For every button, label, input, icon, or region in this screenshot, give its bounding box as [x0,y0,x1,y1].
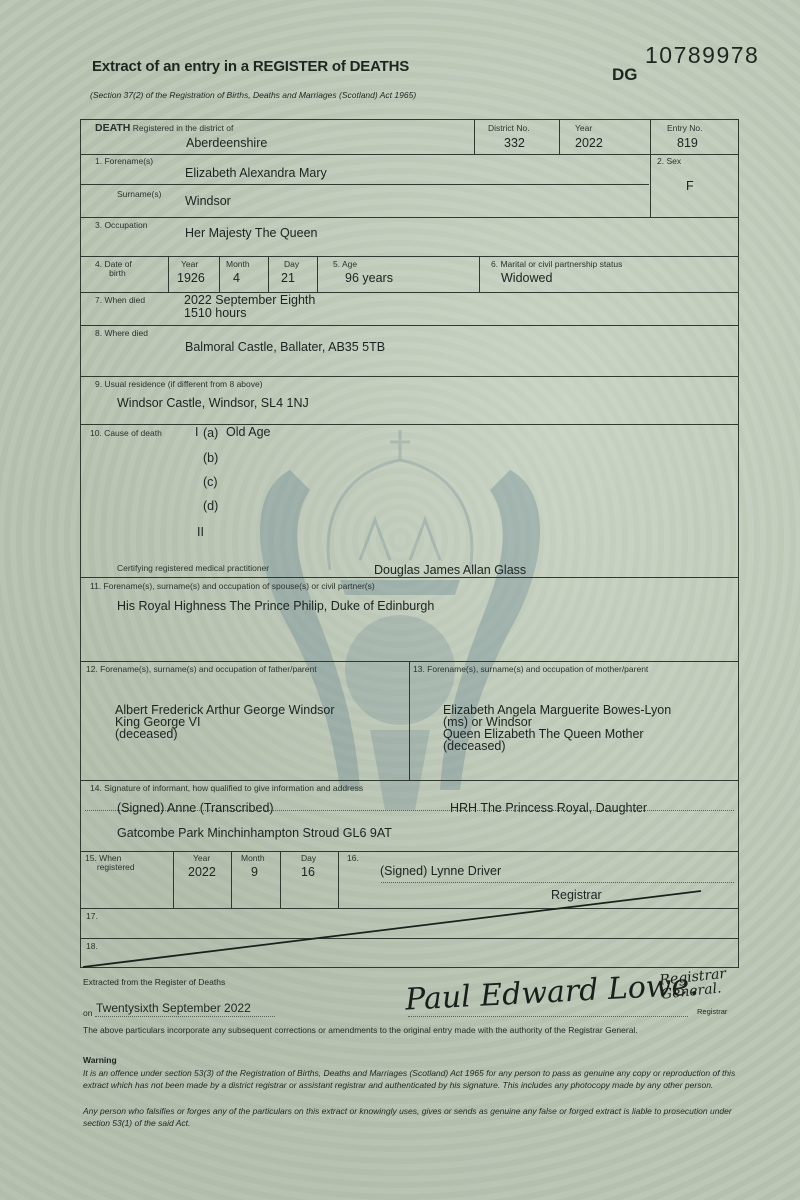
mother-value: Elizabeth Angela Marguerite Bowes-Lyon (… [443,704,671,752]
district-no-value: 332 [504,137,525,150]
sex-label: 2. Sex [657,157,681,166]
cause-part-1: I [195,426,198,439]
cancellation-line-icon [81,885,740,970]
where-died-label: 8. Where died [95,329,148,338]
registrar-title: Registrar [551,889,602,902]
informant-signature: (Signed) Anne (Transcribed) [117,802,274,815]
extracted-date: Twentysixth September 2022 [96,1001,251,1015]
particulars-note: The above particulars incorporate any su… [83,1025,763,1036]
year-value: 2022 [575,137,603,150]
occupation-label: 3. Occupation [95,221,147,230]
registrar-print-label: Registrar [697,1007,727,1016]
on-label: on [83,1008,92,1018]
entry-no-label: Entry No. [667,124,702,133]
spouse-label: 11. Forename(s), surname(s) and occupati… [90,582,375,591]
marital-value: Widowed [501,272,552,285]
cause-item-c-marker: (c) [203,476,218,489]
death-label: DEATH [95,122,130,134]
residence-value: Windsor Castle, Windsor, SL4 1NJ [117,397,309,410]
reg-month-value: 9 [251,866,258,879]
occupation-value: Her Majesty The Queen [185,227,317,240]
district-label: Registered in the district of [133,123,234,133]
warning-text-2: Any person who falsifies or forges any o… [83,1106,753,1129]
dob-month-label: Month [226,260,250,269]
marital-label: 6. Marital or civil partnership status [491,260,622,269]
document-title: Extract of an entry in a REGISTER of DEA… [92,58,409,75]
sex-value: F [686,180,694,193]
reg-day-value: 16 [301,866,315,879]
district-no-label: District No. [488,124,530,133]
extracted-label: Extracted from the Register of Deaths [83,977,225,987]
serial-prefix: DG [612,65,638,85]
field-18-label: 18. [86,942,98,951]
cause-part-2: II [197,526,204,539]
reg-year-value: 2022 [188,866,216,879]
dob-year-label: Year [181,260,198,269]
warning-text-1: It is an offence under section 53(3) of … [83,1068,753,1091]
age-value: 96 years [345,272,393,285]
surname-value: Windsor [185,195,231,208]
cause-label: 10. Cause of death [90,429,162,438]
forenames-label: 1. Forename(s) [95,157,153,166]
field-17-label: 17. [86,912,98,921]
where-died-value: Balmoral Castle, Ballater, AB35 5TB [185,341,385,354]
dob-day-value: 21 [281,272,295,285]
registrar-field-label: 16. [347,854,359,863]
registrar-signature: (Signed) Lynne Driver [380,865,501,878]
certifier-label: Certifying registered medical practition… [117,564,269,573]
cause-item-a-value: Old Age [226,426,270,439]
surname-label: Surname(s) [117,190,161,199]
dob-year-value: 1926 [177,272,205,285]
reg-month-label: Month [241,854,265,863]
reg-year-label: Year [193,854,210,863]
cause-item-d-marker: (d) [203,500,218,513]
dob-label: 4. Date of birth [95,260,132,278]
father-value: Albert Frederick Arthur George Windsor K… [115,704,335,740]
certifier-value: Douglas James Allan Glass [374,564,526,577]
serial-number: 10789978 [645,42,759,69]
registered-label: 15. When registered [85,854,135,872]
age-label: 5. Age [333,260,357,269]
cause-item-b-marker: (b) [203,452,218,465]
residence-label: 9. Usual residence (if different from 8 … [95,380,263,389]
entry-no-value: 819 [677,137,698,150]
district-value: Aberdeenshire [186,137,267,150]
informant-qualification: HRH The Princess Royal, Daughter [450,802,647,815]
informant-address: Gatcombe Park Minchinhampton Stroud GL6 … [117,827,392,840]
cause-item-a-marker: (a) [203,427,218,440]
father-label: 12. Forename(s), surname(s) and occupati… [86,665,317,674]
registrar-general-signature: Paul Edward Lowe. [404,967,699,1017]
mother-label: 13. Forename(s), surname(s) and occupati… [413,665,648,674]
dob-month-value: 4 [233,272,240,285]
forenames-value: Elizabeth Alexandra Mary [185,167,327,180]
document-subtitle: (Section 37(2) of the Registration of Bi… [90,90,416,100]
informant-label: 14. Signature of informant, how qualifie… [90,784,363,793]
when-died-label: 7. When died [95,296,145,305]
register-entry-form: DEATH Registered in the district of Aber… [80,119,739,968]
reg-day-label: Day [301,854,316,863]
warning-title: Warning [83,1055,117,1065]
spouse-value: His Royal Highness The Prince Philip, Du… [117,600,434,613]
year-label: Year [575,124,592,133]
dob-day-label: Day [284,260,299,269]
when-died-time: 1510 hours [184,307,247,320]
